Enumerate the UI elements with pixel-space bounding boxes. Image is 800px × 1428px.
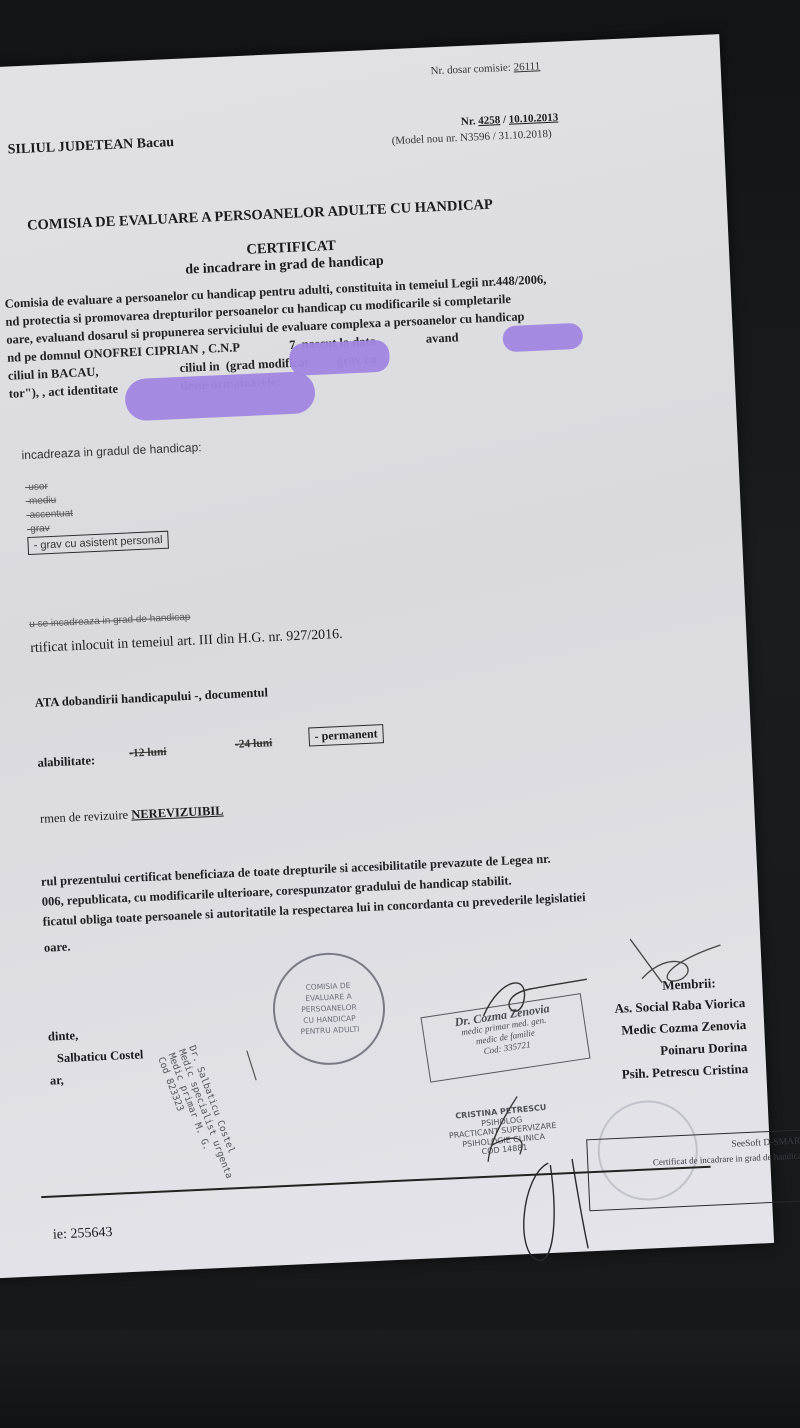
- commission-round-stamp: COMISIA DE EVALUARE A PERSOANELOR CU HAN…: [271, 950, 388, 1067]
- registration-number: Nr. 4258 / 10.10.2013: [461, 112, 559, 128]
- certificate-paper: Nr. dosar comisie: 26111 SILIUL JUDETEAN…: [0, 34, 774, 1279]
- validity-24-luni: -24 luni: [235, 737, 273, 751]
- reg-date: 10.10.2013: [508, 112, 558, 126]
- president-block: dinte, Salbaticu Costel ar,: [47, 1021, 144, 1091]
- revision-term: rmen de revizuire NEREVIZUIBIL: [40, 803, 224, 826]
- validity-label: alabilitate:: [37, 753, 95, 771]
- acquisition-date: ATA dobandirii handicapului -, documentu…: [35, 685, 269, 711]
- signature-raba: [610, 925, 733, 990]
- members-list: As. Social Raba Viorica Medic Cozma Zeno…: [573, 992, 749, 1088]
- revision-label: rmen de revizuire: [40, 808, 129, 826]
- commission-title: COMISIA DE EVALUARE A PERSOANELOR ADULTE…: [27, 197, 493, 235]
- secretary-label: ar,: [49, 1065, 144, 1091]
- dossier-number: Nr. dosar comisie: 26111: [430, 60, 540, 77]
- signature-cozma: [471, 961, 594, 1026]
- grade-options: -usor -mediu -accentuat -grav - grav cu …: [25, 475, 169, 555]
- not-classified-option: u se incadreaza in grad de handicap: [29, 612, 191, 630]
- redaction-birthdate: [502, 323, 583, 353]
- redaction-address: [124, 371, 316, 422]
- footer-serial: ie: 255643: [53, 1225, 113, 1244]
- certificate-subtitle: de incadrare in grad de handicap: [185, 254, 384, 279]
- issuer-name: SILIUL JUDETEAN Bacau: [7, 135, 174, 159]
- dossier-value: 26111: [513, 60, 540, 73]
- redaction-cnp: [289, 339, 390, 376]
- signature-tick: [243, 1046, 265, 1087]
- reg-number: 4258: [478, 114, 501, 127]
- software-box: SeeSoft D-SMART Certificat de incadrare …: [586, 1129, 800, 1211]
- president-name: Salbaticu Costel: [56, 1043, 143, 1069]
- dossier-label: Nr. dosar comisie:: [430, 62, 511, 78]
- validity-12-luni: -12 luni: [129, 746, 167, 760]
- replaced-note: rtificat inlocuit in temeiul art. III di…: [30, 627, 343, 657]
- grade-heading: incadreaza in gradul de handicap:: [21, 440, 202, 462]
- revision-value: NEREVIZUIBIL: [131, 803, 224, 821]
- car-seat-background: [0, 1330, 800, 1428]
- reg-prefix: Nr.: [461, 115, 476, 128]
- rights-paragraph: rul prezentului certificat beneficiaza d…: [40, 847, 587, 958]
- validity-permanent-selected: - permanent: [308, 724, 384, 746]
- signature-large-loop: [510, 1153, 595, 1267]
- model-note: (Model nou nr. N3596 / 31.10.2018): [391, 128, 551, 147]
- rotated-doctor-stamp: Dr. Salbaticu Costel Medic specialist ur…: [155, 1044, 244, 1188]
